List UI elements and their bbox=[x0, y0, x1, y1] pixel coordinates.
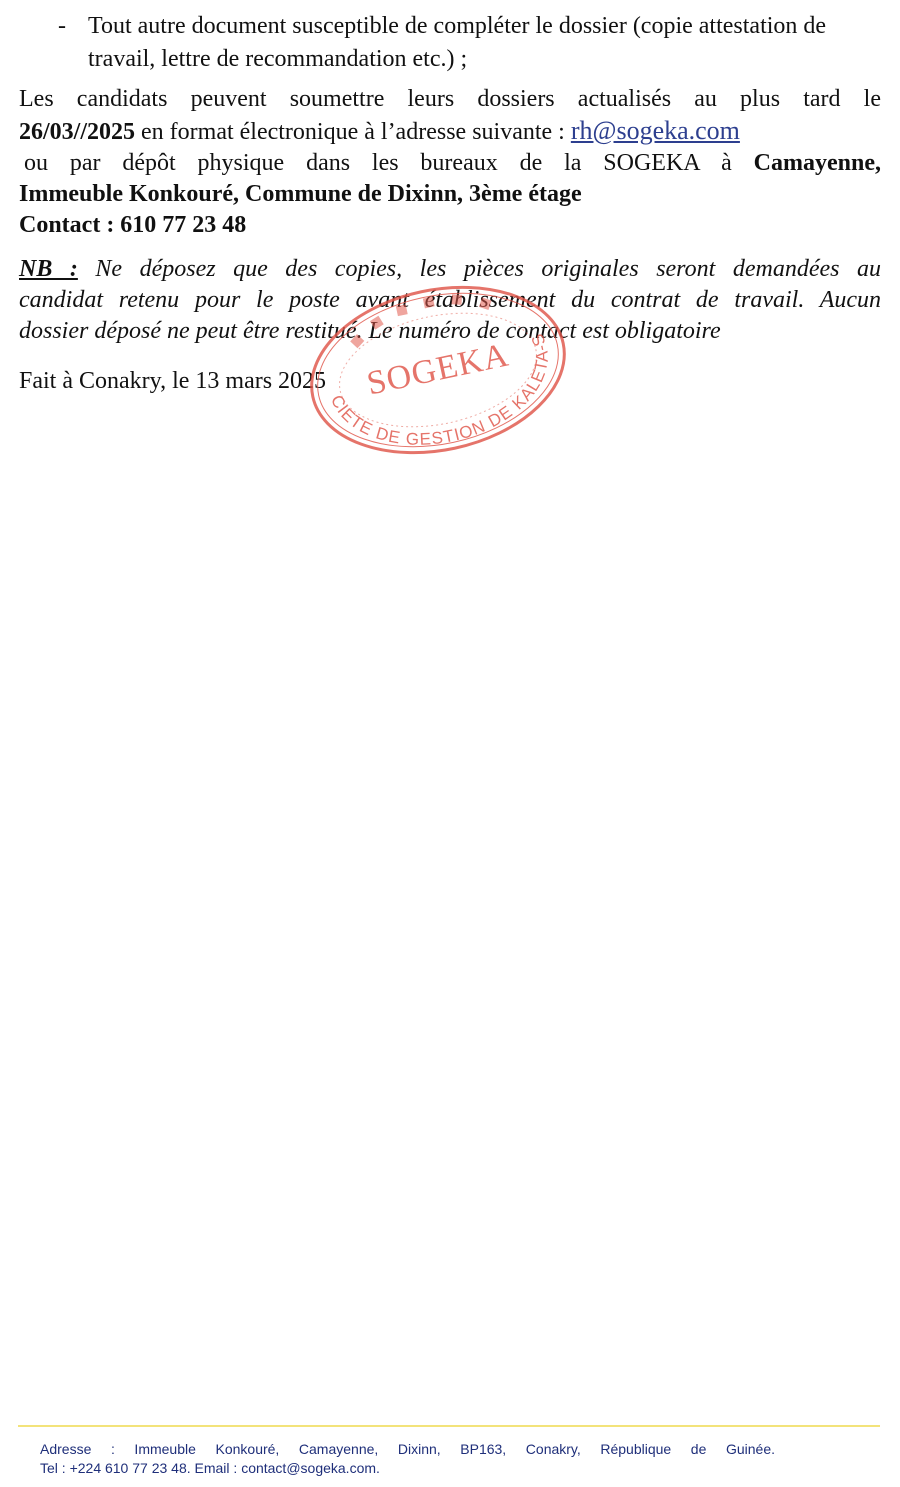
nb-label: NB : bbox=[19, 256, 78, 282]
footer: Adresse : Immeuble Konkouré, Camayenne, … bbox=[40, 1440, 775, 1478]
document-page: - Tout autre document susceptible de com… bbox=[0, 0, 900, 1487]
bullet-marker: - bbox=[58, 10, 66, 43]
submission-line-2-text: en format électronique à l’adresse suiva… bbox=[135, 119, 571, 145]
submission-line-3-text: ou par dépôt physique dans les bureaux d… bbox=[24, 150, 754, 176]
contact-line: Contact : 610 77 23 48 bbox=[19, 210, 881, 241]
nb-line-1: NB : Ne déposez que des copies, les pièc… bbox=[19, 254, 881, 285]
submission-line-1: Les candidats peuvent soumettre leurs do… bbox=[19, 84, 881, 115]
bullet-item: - Tout autre document susceptible de com… bbox=[58, 10, 888, 76]
bullet-text: Tout autre document susceptible de compl… bbox=[88, 10, 888, 76]
location-bold-1: Camayenne, bbox=[754, 150, 881, 176]
submission-line-2: 26/03//2025 en format électronique à l’a… bbox=[19, 115, 881, 148]
nb-line-3: dossier déposé ne peut être restitué. Le… bbox=[19, 316, 881, 347]
email-link[interactable]: rh@sogeka.com bbox=[571, 116, 740, 145]
footer-divider bbox=[18, 1425, 880, 1427]
location-bold-2: Immeuble Konkouré, Commune de Dixinn, 3è… bbox=[19, 179, 881, 210]
submission-line-3: ou par dépôt physique dans les bureaux d… bbox=[19, 148, 881, 179]
nb-line-2: candidat retenu pour le poste avant étab… bbox=[19, 285, 881, 316]
place-date: Fait à Conakry, le 13 mars 2025 bbox=[19, 368, 326, 395]
footer-contact: Tel : +224 610 77 23 48. Email : contact… bbox=[40, 1459, 775, 1478]
nb-line-1-text: Ne déposez que des copies, les pièces or… bbox=[78, 256, 881, 282]
deadline-date: 26/03//2025 bbox=[19, 119, 135, 145]
nb-paragraph: NB : Ne déposez que des copies, les pièc… bbox=[19, 254, 881, 347]
submission-paragraph: Les candidats peuvent soumettre leurs do… bbox=[19, 84, 881, 241]
footer-address: Adresse : Immeuble Konkouré, Camayenne, … bbox=[40, 1440, 775, 1459]
